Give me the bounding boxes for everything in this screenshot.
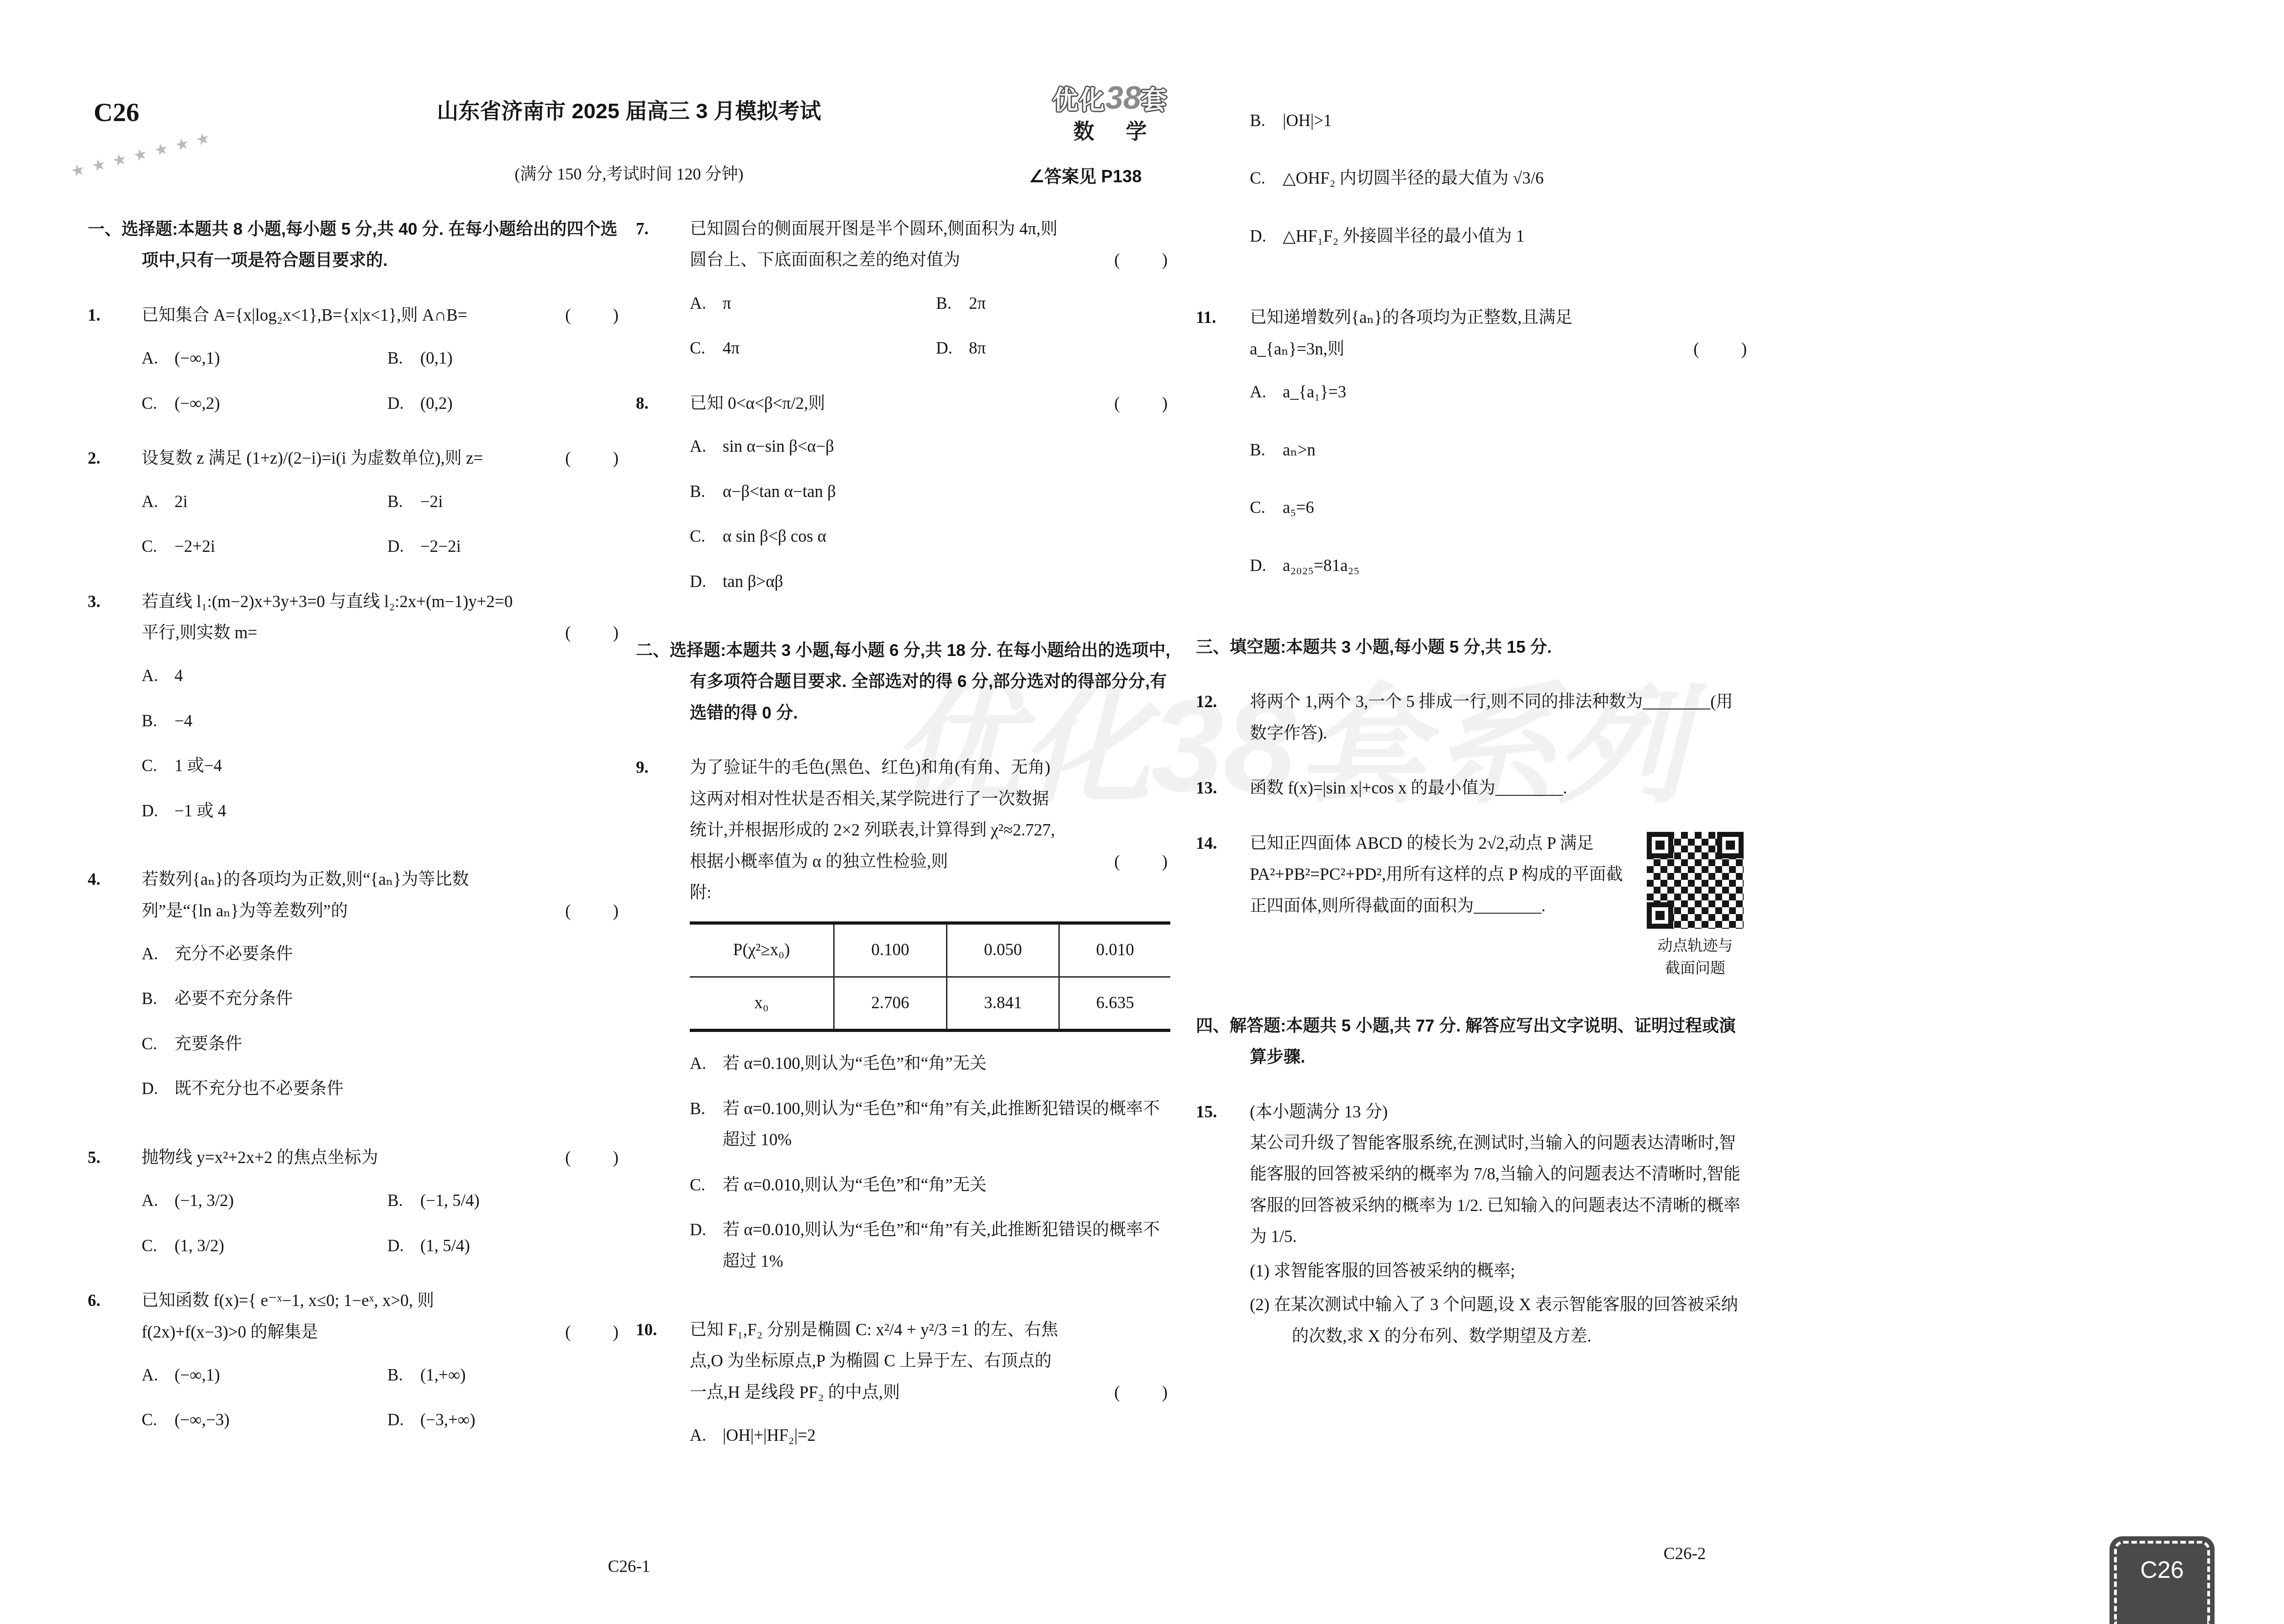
table-cell: x₀ bbox=[690, 977, 834, 1030]
option-a: A.若 α=0.100,则认为“毛色”和“角”无关 bbox=[690, 1048, 1170, 1079]
option-a-label: A. bbox=[142, 1185, 174, 1217]
option-b-label: B. bbox=[387, 487, 420, 518]
table-cell: 0.010 bbox=[1059, 923, 1170, 977]
question-8-number: 8. bbox=[636, 388, 690, 611]
option-d-label: D. bbox=[1250, 550, 1283, 582]
option-a-text: |OH|+|HF₂|=2 bbox=[723, 1420, 1170, 1451]
option-b-text: −4 bbox=[174, 706, 621, 737]
question-15-head: (本小题满分 13 分) bbox=[1250, 1097, 1750, 1128]
option-a-text: (−1, 3/2) bbox=[174, 1185, 375, 1217]
option-b: B.必要不充分条件 bbox=[142, 984, 621, 1015]
option-c-text: 1 或−4 bbox=[174, 751, 621, 782]
option-b-label: B. bbox=[690, 476, 723, 508]
option-b-label: B. bbox=[936, 288, 969, 319]
question-3-options: A.4 B.−4 C.1 或−4 D.−1 或 4 bbox=[142, 661, 621, 827]
option-a-text: a_{a₁}=3 bbox=[1283, 377, 1750, 408]
option-d-label: D. bbox=[1250, 221, 1283, 252]
answer-reference: ∠答案见 P138 bbox=[1029, 161, 1193, 193]
column-1: 一、选择题:本题共 8 小题,每小题 5 分,共 40 分. 在每小题给出的四个… bbox=[88, 214, 621, 1460]
option-b: B.(1,+∞) bbox=[387, 1360, 621, 1391]
table-cell: 6.635 bbox=[1059, 977, 1170, 1030]
answer-paren: ( ) bbox=[1114, 846, 1170, 878]
question-5-number: 5. bbox=[88, 1143, 142, 1262]
option-d-label: D. bbox=[142, 796, 174, 827]
option-a: A.sin α−sin β<α−β bbox=[690, 431, 1170, 462]
question-12: 12. 将两个 1,两个 3,一个 5 排成一行,则不同的排法种数为______… bbox=[1196, 687, 1750, 749]
option-a: A.|OH|+|HF₂|=2 bbox=[690, 1420, 1170, 1451]
option-b-label: B. bbox=[142, 984, 174, 1015]
question-15-body: 某公司升级了智能客服系统,在测试时,当输入的问题表达清晰时,智能客服的回答被采纳… bbox=[1250, 1128, 1750, 1253]
option-b: B.(0,1) bbox=[387, 343, 621, 374]
option-c-label: C. bbox=[142, 751, 174, 782]
option-d: D.(0,2) bbox=[387, 388, 621, 419]
option-c-label: C. bbox=[690, 1170, 723, 1201]
corner-tab-label: C26 bbox=[2110, 1548, 2215, 1592]
question-13-stem: 函数 f(x)=|sin x|+cos x 的最小值为________. bbox=[1250, 773, 1750, 804]
answer-paren: ( ) bbox=[1693, 334, 1750, 365]
question-11-options: A.a_{a₁}=3 B.aₙ>n C.a₅=6 D.a₂₀₂₅=81a₂₅ bbox=[1250, 377, 1750, 582]
option-d: D.a₂₀₂₅=81a₂₅ bbox=[1250, 550, 1750, 582]
question-2-options: A.2i B.−2i C.−2+2i D.−2−2i bbox=[142, 487, 621, 563]
question-13-text: 函数 f(x)=|sin x|+cos x 的最小值为________. bbox=[1250, 779, 1567, 798]
option-d: D.8π bbox=[936, 333, 1170, 364]
table-row: x₀ 2.706 3.841 6.635 bbox=[690, 977, 1170, 1030]
option-a-label: A. bbox=[142, 1360, 174, 1391]
option-a: A.充分不必要条件 bbox=[142, 939, 621, 970]
option-b-label: B. bbox=[387, 1185, 420, 1217]
brand-subject: 数 学 bbox=[1037, 119, 1183, 144]
option-a: A.(−∞,1) bbox=[142, 1360, 375, 1391]
option-a-label: A. bbox=[690, 288, 723, 319]
option-c-label: C. bbox=[1250, 163, 1283, 194]
option-a: A.a_{a₁}=3 bbox=[1250, 377, 1750, 408]
option-b-text: |OH|>1 bbox=[1283, 106, 1750, 137]
question-14-stem: 已知正四面体 ABCD 的棱长为 2√2,动点 P 满足 PA²+PB²=PC²… bbox=[1250, 828, 1750, 922]
question-3-number: 3. bbox=[88, 587, 142, 841]
left-page-number: C26-1 bbox=[88, 1551, 1170, 1582]
option-b-text: aₙ>n bbox=[1283, 435, 1750, 466]
answer-paren: ( ) bbox=[565, 300, 621, 331]
question-9-stem: 为了验证牛的毛色(黑色、红色)和角(有角、无角)这两对相对性状是否相关,某学院进… bbox=[690, 752, 1170, 878]
option-d-text: 若 α=0.010,则认为“毛色”和“角”有关,此推断犯错误的概率不超过 1% bbox=[723, 1215, 1170, 1277]
brand-text-2: 套 bbox=[1141, 85, 1168, 114]
option-b: B.(−1, 5/4) bbox=[387, 1185, 621, 1217]
question-11-text: 已知递增数列{aₙ}的各项均为正整数,且满足 a_{aₙ}=3n,则 bbox=[1250, 308, 1572, 358]
brand-number: 38 bbox=[1105, 80, 1141, 116]
table-cell: 0.050 bbox=[946, 923, 1059, 977]
question-8: 8. 已知 0<α<β<π/2,则( ) A.sin α−sin β<α−β B… bbox=[636, 388, 1170, 611]
question-10-options-part1: A.|OH|+|HF₂|=2 bbox=[690, 1420, 1170, 1451]
option-b: B.aₙ>n bbox=[1250, 435, 1750, 466]
column-2: 7. 已知圆台的侧面展开图是半个圆环,侧面积为 4π,则圆台上、下底面面积之差的… bbox=[636, 214, 1170, 1489]
option-c-text: α sin β<β cos α bbox=[723, 521, 1170, 552]
table-cell: 2.706 bbox=[834, 977, 947, 1030]
question-8-text: 已知 0<α<β<π/2,则 bbox=[690, 394, 825, 413]
option-a-text: 4 bbox=[174, 661, 621, 692]
question-2-text: 设复数 z 满足 (1+z)/(2−i)=i(i 为虚数单位),则 z= bbox=[142, 449, 483, 468]
question-5-options: A.(−1, 3/2) B.(−1, 5/4) C.(1, 3/2) D.(1,… bbox=[142, 1185, 621, 1262]
question-7-stem: 已知圆台的侧面展开图是半个圆环,侧面积为 4π,则圆台上、下底面面积之差的绝对值… bbox=[690, 214, 1170, 276]
option-a: A.(−∞,1) bbox=[142, 343, 375, 374]
question-2: 2. 设复数 z 满足 (1+z)/(2−i)=i(i 为虚数单位),则 z=(… bbox=[88, 443, 621, 562]
question-4-options: A.充分不必要条件 B.必要不充分条件 C.充要条件 D.既不充分也不必要条件 bbox=[142, 939, 621, 1105]
option-d-label: D. bbox=[936, 333, 969, 364]
table-row: P(χ²≥x₀) 0.100 0.050 0.010 bbox=[690, 923, 1170, 977]
qr-caption-line1: 动点轨迹与 bbox=[1641, 935, 1750, 958]
option-d-text: −2−2i bbox=[420, 531, 621, 562]
question-9-number: 9. bbox=[636, 752, 690, 1291]
option-c: C.充要条件 bbox=[142, 1029, 621, 1060]
question-14: 14. 动点轨迹与 截面问题 已知正四面体 ABCD 的棱长为 2√2,动点 P… bbox=[1196, 828, 1750, 987]
question-15-number: 15. bbox=[1196, 1097, 1250, 1353]
question-6-text: 已知函数 f(x)={ e⁻ˣ−1, x≤0; 1−eˣ, x>0, 则 f(2… bbox=[142, 1291, 434, 1341]
option-b-text: α−β<tan α−tan β bbox=[723, 476, 1170, 508]
option-c-text: 充要条件 bbox=[174, 1029, 621, 1060]
option-d: D.△HF₁F₂ 外接圆半径的最小值为 1 bbox=[1250, 221, 1750, 252]
question-12-stem: 将两个 1,两个 3,一个 5 排成一行,则不同的排法种数为________(用… bbox=[1250, 687, 1750, 749]
question-14-number: 14. bbox=[1196, 828, 1250, 987]
question-15-part1: (1) 求智能客服的回答被采纳的概率; bbox=[1250, 1256, 1750, 1287]
option-b: B.|OH|>1 bbox=[1250, 106, 1750, 137]
question-3-text: 若直线 l₁:(m−2)x+3y+3=0 与直线 l₂:2x+(m−1)y+2=… bbox=[142, 592, 513, 642]
question-13-number: 13. bbox=[1196, 773, 1250, 804]
question-4: 4. 若数列{aₙ}的各项均为正数,则“{aₙ}为等比数列”是“{ln aₙ}为… bbox=[88, 864, 621, 1119]
table-cell: P(χ²≥x₀) bbox=[690, 923, 834, 977]
option-a-label: A. bbox=[142, 343, 174, 374]
option-c-label: C. bbox=[1250, 492, 1283, 524]
option-d-text: −1 或 4 bbox=[174, 796, 621, 827]
option-d-text: tan β>αβ bbox=[723, 566, 1170, 598]
option-c: C.1 或−4 bbox=[142, 751, 621, 782]
option-d: D.(1, 5/4) bbox=[387, 1231, 621, 1262]
question-10-options-part2: B.|OH|>1 C.△OHF₂ 内切圆半径的最大值为 √3/6 D.△HF₁F… bbox=[1250, 106, 1750, 252]
option-d: D.tan β>αβ bbox=[690, 566, 1170, 598]
question-1: 1. 已知集合 A={x|log₂x<1},B={x|x<1},则 A∩B=( … bbox=[88, 300, 621, 419]
answer-paren: ( ) bbox=[1114, 1377, 1170, 1408]
option-b-label: B. bbox=[142, 706, 174, 737]
question-7-options: A.π B.2π C.4π D.8π bbox=[690, 288, 1170, 365]
question-8-stem: 已知 0<α<β<π/2,则( ) bbox=[690, 388, 1170, 419]
question-6-options: A.(−∞,1) B.(1,+∞) C.(−∞,−3) D.(−3,+∞) bbox=[142, 1360, 621, 1436]
option-b-label: B. bbox=[387, 1360, 420, 1391]
option-c-label: C. bbox=[690, 333, 723, 364]
question-10-text: 已知 F₁,F₂ 分别是椭圆 C: x²/4 + y²/3 =1 的左、右焦点,… bbox=[690, 1321, 1058, 1402]
question-11-number: 11. bbox=[1196, 302, 1250, 608]
option-a: A.(−1, 3/2) bbox=[142, 1185, 375, 1217]
option-a-text: 若 α=0.100,则认为“毛色”和“角”无关 bbox=[723, 1048, 1170, 1079]
option-b-label: B. bbox=[1250, 106, 1283, 137]
question-10-number: 10. bbox=[636, 1315, 690, 1465]
option-b-label: B. bbox=[1250, 435, 1283, 466]
question-3: 3. 若直线 l₁:(m−2)x+3y+3=0 与直线 l₂:2x+(m−1)y… bbox=[88, 587, 621, 841]
option-a-label: A. bbox=[690, 1048, 723, 1079]
option-c-text: 若 α=0.010,则认为“毛色”和“角”无关 bbox=[723, 1170, 1170, 1201]
question-6: 6. 已知函数 f(x)={ e⁻ˣ−1, x≤0; 1−eˣ, x>0, 则 … bbox=[88, 1285, 621, 1436]
option-d: D.(−3,+∞) bbox=[387, 1405, 621, 1436]
brand-logo: 优化38套 数 学 bbox=[1037, 79, 1183, 144]
option-c-label: C. bbox=[142, 1405, 174, 1436]
option-c-text: (−∞,2) bbox=[174, 388, 375, 419]
option-c-label: C. bbox=[690, 521, 723, 552]
question-11-stem: 已知递增数列{aₙ}的各项均为正整数,且满足 a_{aₙ}=3n,则( ) bbox=[1250, 302, 1750, 365]
answer-paren: ( ) bbox=[565, 443, 621, 474]
option-a-label: A. bbox=[142, 487, 174, 518]
option-a-text: 2i bbox=[174, 487, 375, 518]
option-b: B.α−β<tan α−tan β bbox=[690, 476, 1170, 508]
option-b: B.若 α=0.100,则认为“毛色”和“角”有关,此推断犯错误的概率不超过 1… bbox=[690, 1094, 1170, 1156]
question-14-text: 已知正四面体 ABCD 的棱长为 2√2,动点 P 满足 PA²+PB²=PC²… bbox=[1250, 834, 1623, 915]
question-15: 15. (本小题满分 13 分) 某公司升级了智能客服系统,在测试时,当输入的问… bbox=[1196, 1097, 1750, 1353]
option-a-label: A. bbox=[690, 1420, 723, 1451]
option-a-label: A. bbox=[690, 431, 723, 462]
question-12-number: 12. bbox=[1196, 687, 1250, 749]
option-a-text: 充分不必要条件 bbox=[174, 939, 621, 970]
appendix-label: 附: bbox=[690, 878, 1170, 909]
option-b: B.−2i bbox=[387, 487, 621, 518]
option-b-text: 若 α=0.100,则认为“毛色”和“角”有关,此推断犯错误的概率不超过 10% bbox=[723, 1094, 1170, 1156]
option-a-label: A. bbox=[1250, 377, 1283, 408]
answer-paren: ( ) bbox=[565, 1143, 621, 1174]
section-4-heading: 四、解答题:本题共 5 小题,共 77 分. 解答应写出文字说明、证明过程或演算… bbox=[1196, 1010, 1750, 1073]
option-c-text: −2+2i bbox=[174, 531, 375, 562]
question-7: 7. 已知圆台的侧面展开图是半个圆环,侧面积为 4π,则圆台上、下底面面积之差的… bbox=[636, 214, 1170, 365]
option-d: D.既不充分也不必要条件 bbox=[142, 1074, 621, 1105]
question-8-options: A.sin α−sin β<α−β B.α−β<tan α−tan β C.α … bbox=[690, 431, 1170, 598]
question-5: 5. 抛物线 y=x²+2x+2 的焦点坐标为( ) A.(−1, 3/2) B… bbox=[88, 1143, 621, 1262]
option-a: A.2i bbox=[142, 487, 375, 518]
option-c: C.α sin β<β cos α bbox=[690, 521, 1170, 552]
option-d-label: D. bbox=[387, 388, 420, 419]
option-b-text: (1,+∞) bbox=[420, 1360, 621, 1391]
option-d-text: (1, 5/4) bbox=[420, 1231, 621, 1262]
option-a-text: (−∞,1) bbox=[174, 1360, 375, 1391]
question-9-text: 为了验证牛的毛色(黑色、红色)和角(有角、无角)这两对相对性状是否相关,某学院进… bbox=[690, 758, 1055, 871]
table-cell: 3.841 bbox=[946, 977, 1059, 1030]
brand-logo-top: 优化38套 bbox=[1037, 79, 1183, 117]
option-d: D.−2−2i bbox=[387, 531, 621, 562]
option-a-label: A. bbox=[142, 939, 174, 970]
question-15-part2: (2) 在某次测试中输入了 3 个问题,设 X 表示智能客服的回答被采纳的次数,… bbox=[1250, 1290, 1750, 1352]
question-3-stem: 若直线 l₁:(m−2)x+3y+3=0 与直线 l₂:2x+(m−1)y+2=… bbox=[142, 587, 621, 649]
column-3: B.|OH|>1 C.△OHF₂ 内切圆半径的最大值为 √3/6 D.△HF₁F… bbox=[1196, 94, 1750, 1376]
option-c-text: (1, 3/2) bbox=[174, 1231, 375, 1262]
qr-caption-line2: 截面问题 bbox=[1641, 957, 1750, 980]
question-1-text: 已知集合 A={x|log₂x<1},B={x|x<1},则 A∩B= bbox=[142, 306, 467, 325]
question-13: 13. 函数 f(x)=|sin x|+cos x 的最小值为________. bbox=[1196, 773, 1750, 804]
option-d-text: (0,2) bbox=[420, 388, 621, 419]
option-d: D.−1 或 4 bbox=[142, 796, 621, 827]
option-d-text: (−3,+∞) bbox=[420, 1405, 621, 1436]
question-4-text: 若数列{aₙ}的各项均为正数,则“{aₙ}为等比数列”是“{ln aₙ}为等差数… bbox=[142, 870, 469, 920]
section-1-heading: 一、选择题:本题共 8 小题,每小题 5 分,共 40 分. 在每小题给出的四个… bbox=[88, 214, 621, 276]
question-12-text: 将两个 1,两个 3,一个 5 排成一行,则不同的排法种数为________(用… bbox=[1250, 693, 1733, 742]
option-c: C.(−∞,2) bbox=[142, 388, 375, 419]
question-5-text: 抛物线 y=x²+2x+2 的焦点坐标为 bbox=[142, 1148, 378, 1167]
option-d-label: D. bbox=[690, 1215, 723, 1277]
option-c: C.−2+2i bbox=[142, 531, 375, 562]
option-c: C.a₅=6 bbox=[1250, 492, 1750, 524]
option-c-label: C. bbox=[142, 388, 174, 419]
chi-square-table: P(χ²≥x₀) 0.100 0.050 0.010 x₀ 2.706 3.84… bbox=[690, 921, 1170, 1032]
question-1-options: A.(−∞,1) B.(0,1) C.(−∞,2) D.(0,2) bbox=[142, 343, 621, 419]
question-1-stem: 已知集合 A={x|log₂x<1},B={x|x<1},则 A∩B=( ) bbox=[142, 300, 621, 331]
answer-paren: ( ) bbox=[565, 1317, 621, 1348]
question-6-stem: 已知函数 f(x)={ e⁻ˣ−1, x≤0; 1−eˣ, x>0, 则 f(2… bbox=[142, 1285, 621, 1348]
option-b-text: (−1, 5/4) bbox=[420, 1185, 621, 1217]
option-c-text: 4π bbox=[723, 333, 924, 364]
option-b-text: 必要不充分条件 bbox=[174, 984, 621, 1015]
question-9-options: A.若 α=0.100,则认为“毛色”和“角”无关 B.若 α=0.100,则认… bbox=[690, 1048, 1170, 1277]
answer-paren: ( ) bbox=[565, 618, 621, 649]
question-number-spacer bbox=[1196, 94, 1250, 279]
option-d-text: a₂₀₂₅=81a₂₅ bbox=[1283, 550, 1750, 582]
option-d-text: △HF₁F₂ 外接圆半径的最小值为 1 bbox=[1283, 221, 1750, 252]
page-title: 山东省济南市 2025 届高三 3 月模拟考试 bbox=[88, 91, 1170, 131]
option-d-text: 既不充分也不必要条件 bbox=[174, 1074, 621, 1105]
question-9: 9. 为了验证牛的毛色(黑色、红色)和角(有角、无角)这两对相对性状是否相关,某… bbox=[636, 752, 1170, 1291]
option-c: C.(−∞,−3) bbox=[142, 1405, 375, 1436]
option-b: B.−4 bbox=[142, 706, 621, 737]
table-cell: 0.100 bbox=[834, 923, 947, 977]
option-d-label: D. bbox=[690, 566, 723, 598]
option-d-text: 8π bbox=[969, 333, 1170, 364]
question-11: 11. 已知递增数列{aₙ}的各项均为正整数,且满足 a_{aₙ}=3n,则( … bbox=[1196, 302, 1750, 608]
option-d-label: D. bbox=[387, 1231, 420, 1262]
option-c: C.若 α=0.010,则认为“毛色”和“角”无关 bbox=[690, 1170, 1170, 1201]
option-c-text: △OHF₂ 内切圆半径的最大值为 √3/6 bbox=[1283, 163, 1750, 194]
option-d-label: D. bbox=[142, 1074, 174, 1105]
option-a-text: π bbox=[723, 288, 924, 319]
option-c: C.(1, 3/2) bbox=[142, 1231, 375, 1262]
right-page-number: C26-2 bbox=[1196, 1539, 2173, 1570]
question-6-number: 6. bbox=[88, 1285, 142, 1436]
question-4-number: 4. bbox=[88, 864, 142, 1119]
option-b-label: B. bbox=[387, 343, 420, 374]
corner-tab: C26 bbox=[2110, 1536, 2215, 1624]
paper-subtitle: (满分 150 分,考试时间 120 分钟) bbox=[88, 159, 1170, 190]
option-b-label: B. bbox=[690, 1094, 723, 1156]
question-2-number: 2. bbox=[88, 443, 142, 562]
question-10-stem: 已知 F₁,F₂ 分别是椭圆 C: x²/4 + y²/3 =1 的左、右焦点,… bbox=[690, 1315, 1170, 1408]
option-c: C.△OHF₂ 内切圆半径的最大值为 √3/6 bbox=[1250, 163, 1750, 194]
question-5-stem: 抛物线 y=x²+2x+2 的焦点坐标为( ) bbox=[142, 1143, 621, 1174]
option-a-text: (−∞,1) bbox=[174, 343, 375, 374]
option-d: D.若 α=0.010,则认为“毛色”和“角”有关,此推断犯错误的概率不超过 1… bbox=[690, 1215, 1170, 1277]
question-7-text: 已知圆台的侧面展开图是半个圆环,侧面积为 4π,则圆台上、下底面面积之差的绝对值… bbox=[690, 220, 1057, 270]
option-c: C.4π bbox=[690, 333, 924, 364]
option-d-label: D. bbox=[387, 531, 420, 562]
answer-paren: ( ) bbox=[565, 896, 621, 927]
exam-paper-page: 优化38套系列 C26 ★ ★ ★ ★ ★ ★ ★ 山东省济南市 2025 届高… bbox=[0, 0, 2284, 1624]
answer-paren: ( ) bbox=[1114, 388, 1170, 419]
question-4-stem: 若数列{aₙ}的各项均为正数,则“{aₙ}为等比数列”是“{ln aₙ}为等差数… bbox=[142, 864, 621, 927]
option-b-text: −2i bbox=[420, 487, 621, 518]
option-c-text: (−∞,−3) bbox=[174, 1405, 375, 1436]
option-a: A.π bbox=[690, 288, 924, 319]
option-b: B.2π bbox=[936, 288, 1170, 319]
option-c-label: C. bbox=[142, 531, 174, 562]
question-7-number: 7. bbox=[636, 214, 690, 365]
brand-text-1: 优化 bbox=[1052, 85, 1105, 114]
option-d-label: D. bbox=[387, 1405, 420, 1436]
option-a-label: A. bbox=[142, 661, 174, 692]
question-10: 10. 已知 F₁,F₂ 分别是椭圆 C: x²/4 + y²/3 =1 的左、… bbox=[636, 1315, 1170, 1465]
question-1-number: 1. bbox=[88, 300, 142, 419]
option-a: A.4 bbox=[142, 661, 621, 692]
option-b-text: 2π bbox=[969, 288, 1170, 319]
option-c-label: C. bbox=[142, 1029, 174, 1060]
option-a-text: sin α−sin β<α−β bbox=[723, 431, 1170, 462]
answer-paren: ( ) bbox=[1114, 245, 1170, 276]
question-10-continued: B.|OH|>1 C.△OHF₂ 内切圆半径的最大值为 √3/6 D.△HF₁F… bbox=[1196, 94, 1750, 279]
section-2-heading: 二、选择题:本题共 3 小题,每小题 6 分,共 18 分. 在每小题给出的选项… bbox=[636, 635, 1170, 729]
question-2-stem: 设复数 z 满足 (1+z)/(2−i)=i(i 为虚数单位),则 z=( ) bbox=[142, 443, 621, 474]
option-b-text: (0,1) bbox=[420, 343, 621, 374]
section-3-heading: 三、填空题:本题共 3 小题,每小题 5 分,共 15 分. bbox=[1196, 632, 1750, 663]
option-c-label: C. bbox=[142, 1231, 174, 1262]
option-c-text: a₅=6 bbox=[1283, 492, 1750, 524]
